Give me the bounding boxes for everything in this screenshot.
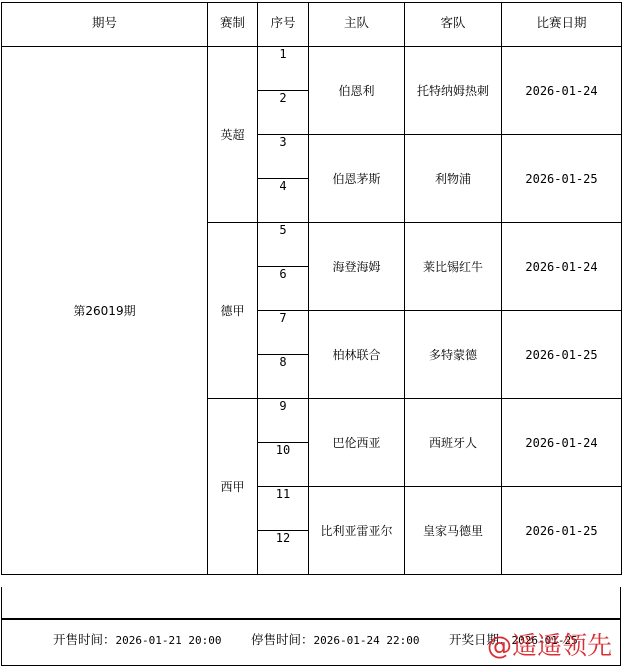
blank-row	[1, 587, 621, 619]
match-number: 11	[258, 487, 309, 531]
home-team: 巴伦西亚	[309, 399, 405, 487]
sale-stop-value: 2026-01-24 22:00	[314, 634, 420, 647]
table-row: 第26019期 英超 1 伯恩利 托特纳姆热刺 2026-01-24	[2, 47, 622, 91]
away-team: 皇家马德里	[405, 487, 502, 575]
schedule-sheet: 期号 赛制 序号 主队 客队 比赛日期 第26019期 英超 1 伯恩利 托特纳…	[1, 2, 621, 665]
away-team: 多特蒙德	[405, 311, 502, 399]
match-date: 2026-01-24	[502, 47, 622, 135]
sale-start: 开售时间：2026-01-21 20:00	[53, 630, 221, 648]
home-team: 海登海姆	[309, 223, 405, 311]
watermark: @遥遥领先	[487, 626, 612, 662]
match-number: 3	[258, 135, 309, 179]
home-team: 柏林联合	[309, 311, 405, 399]
match-number: 7	[258, 311, 309, 355]
away-team: 西班牙人	[405, 399, 502, 487]
sale-stop-label: 停售时间：	[251, 632, 314, 647]
header-home-team: 主队	[309, 3, 405, 47]
match-number: 6	[258, 267, 309, 311]
home-team: 比利亚雷亚尔	[309, 487, 405, 575]
match-number: 8	[258, 355, 309, 399]
match-number: 4	[258, 179, 309, 223]
header-league: 赛制	[208, 3, 258, 47]
header-number: 序号	[258, 3, 309, 47]
match-date: 2026-01-25	[502, 487, 622, 575]
away-team: 托特纳姆热刺	[405, 47, 502, 135]
sale-start-label: 开售时间：	[53, 632, 116, 647]
match-date: 2026-01-24	[502, 399, 622, 487]
league-cell-bundesliga: 德甲	[208, 223, 258, 399]
away-team: 利物浦	[405, 135, 502, 223]
header-period: 期号	[2, 3, 208, 47]
header-away-team: 客队	[405, 3, 502, 47]
match-date: 2026-01-25	[502, 135, 622, 223]
sale-start-value: 2026-01-21 20:00	[116, 634, 222, 647]
match-number: 5	[258, 223, 309, 267]
match-number: 1	[258, 47, 309, 91]
away-team: 莱比锡红牛	[405, 223, 502, 311]
match-number: 12	[258, 531, 309, 575]
sale-stop: 停售时间：2026-01-24 22:00	[251, 630, 419, 648]
home-team: 伯恩利	[309, 47, 405, 135]
match-number: 2	[258, 91, 309, 135]
match-date: 2026-01-25	[502, 311, 622, 399]
match-schedule-table: 期号 赛制 序号 主队 客队 比赛日期 第26019期 英超 1 伯恩利 托特纳…	[1, 2, 622, 575]
period-cell: 第26019期	[2, 47, 208, 575]
match-number: 9	[258, 399, 309, 443]
home-team: 伯恩茅斯	[309, 135, 405, 223]
header-row: 期号 赛制 序号 主队 客队 比赛日期	[2, 3, 622, 47]
league-cell-epl: 英超	[208, 47, 258, 223]
match-date: 2026-01-24	[502, 223, 622, 311]
league-cell-laliga: 西甲	[208, 399, 258, 575]
header-match-date: 比赛日期	[502, 3, 622, 47]
match-number: 10	[258, 443, 309, 487]
